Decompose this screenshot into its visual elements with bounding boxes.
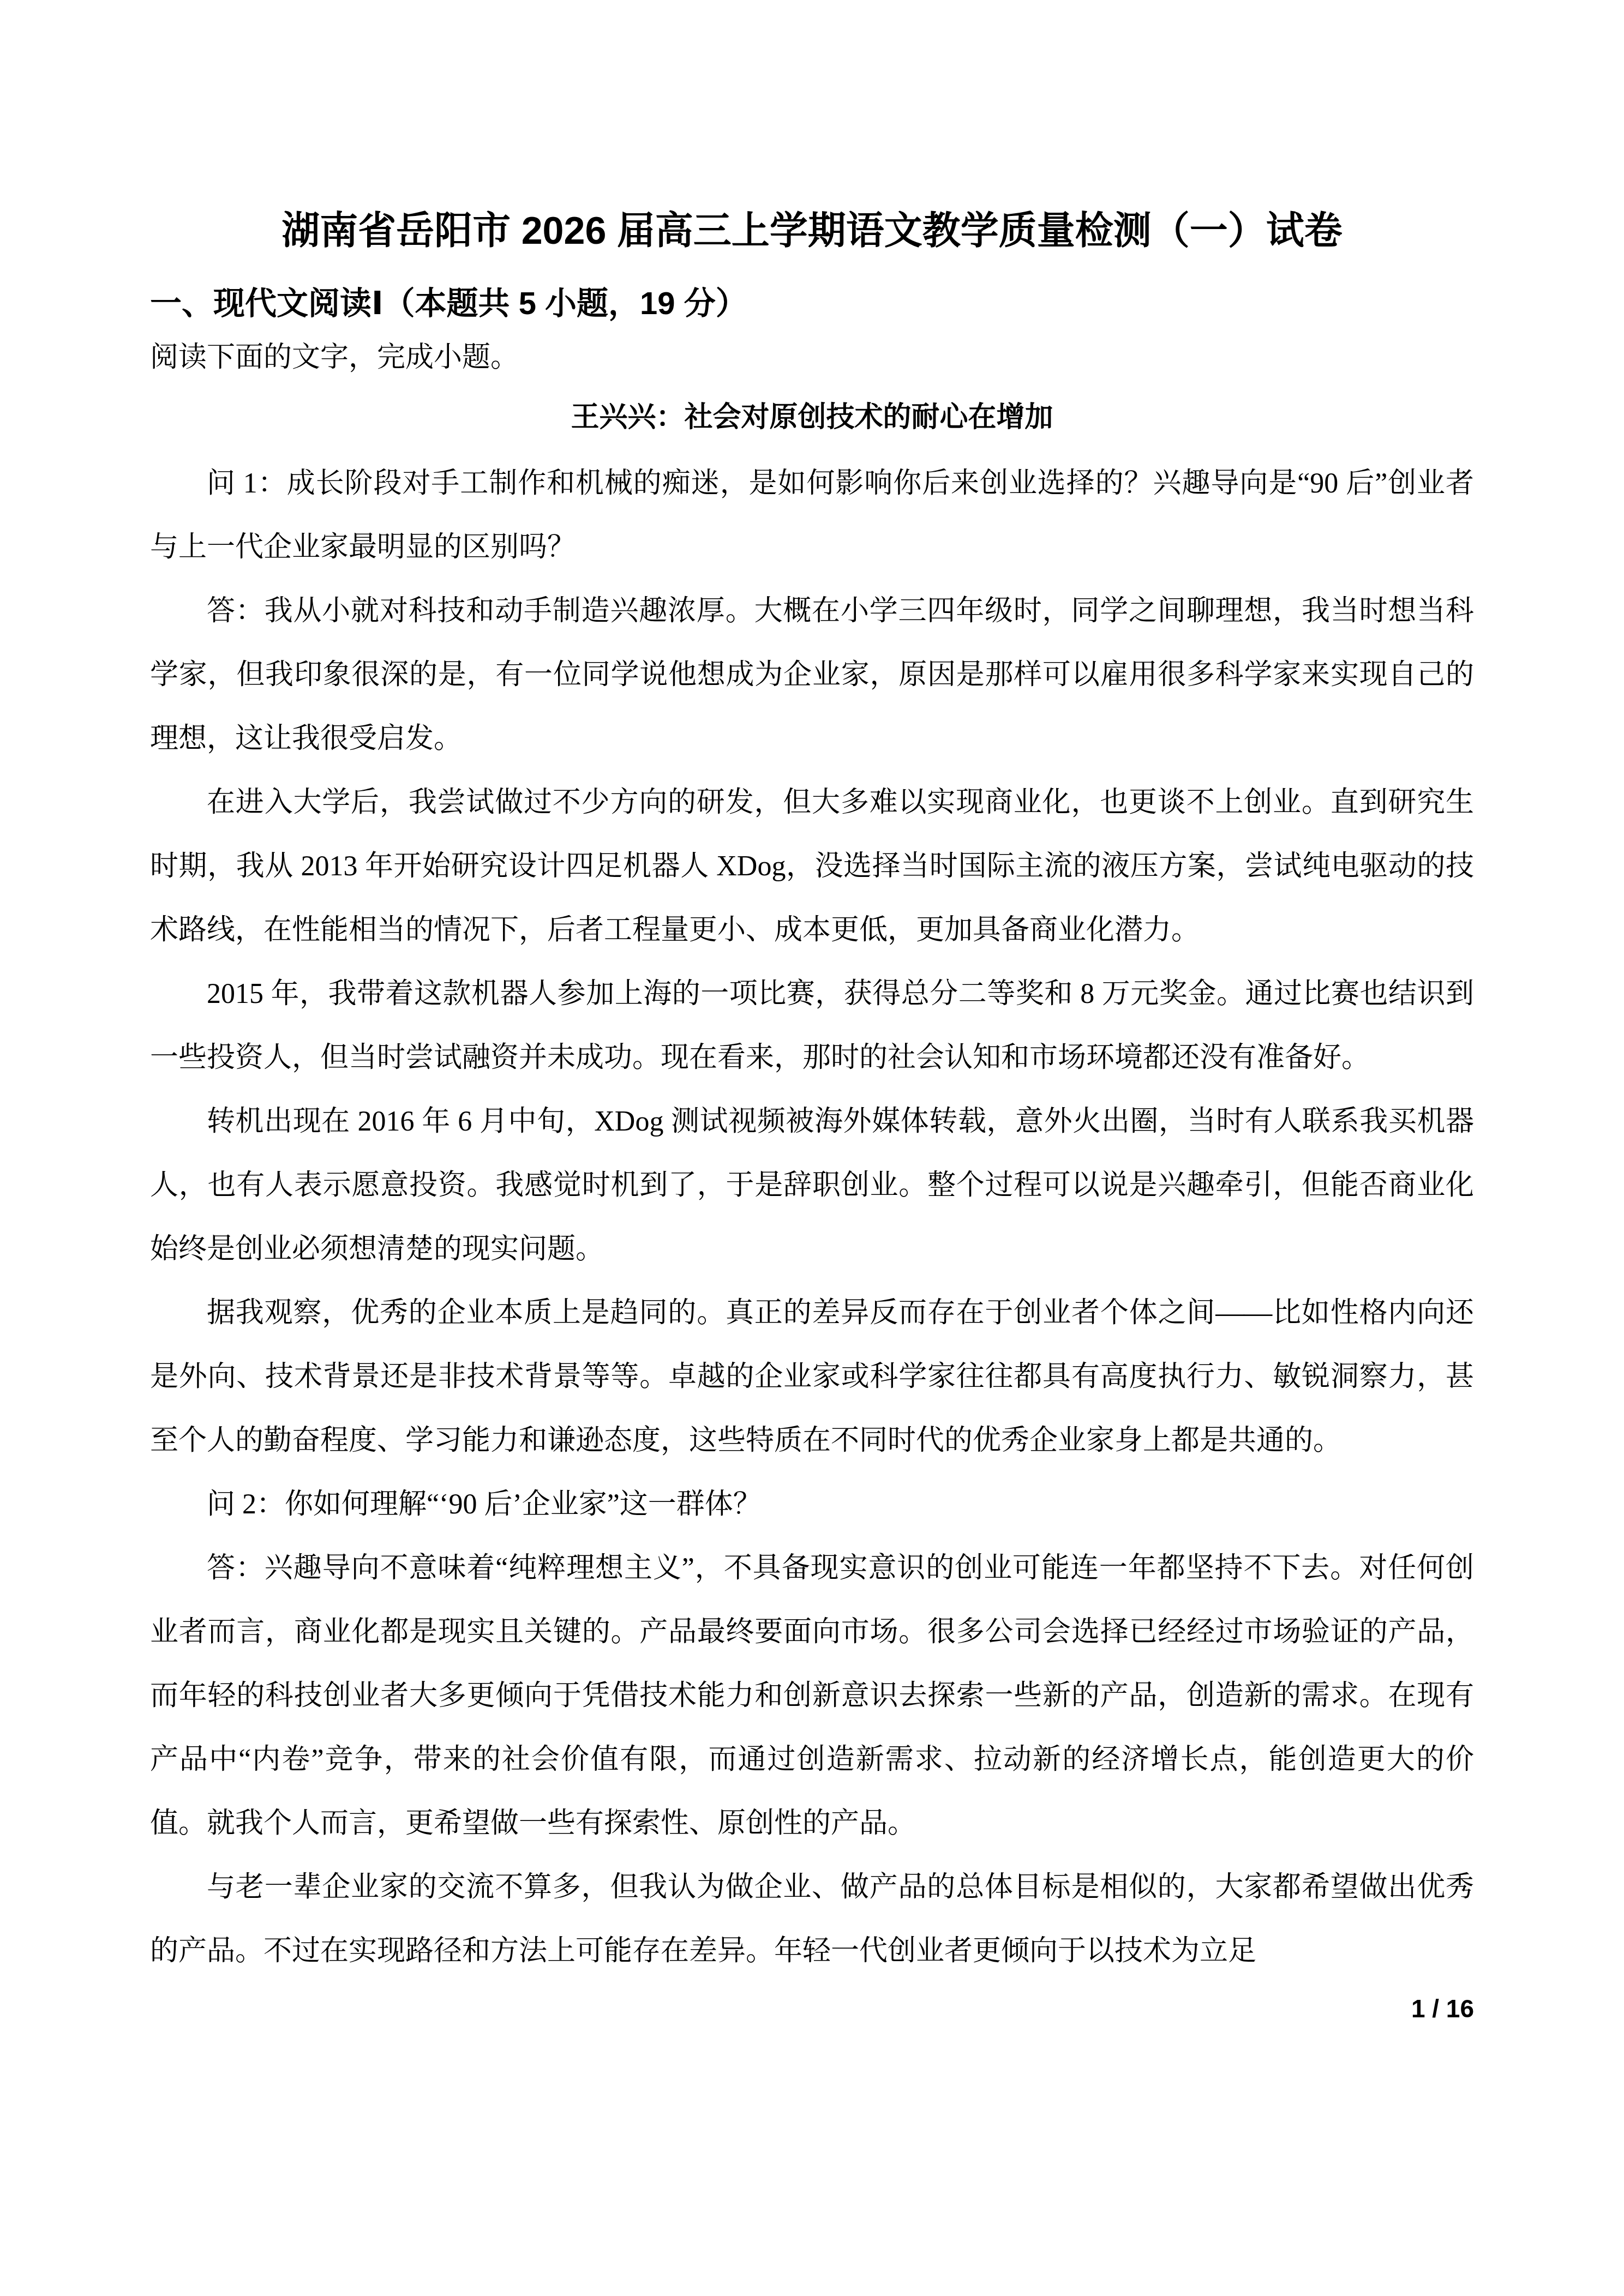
body-paragraph: 据我观察，优秀的企业本质上是趋同的。真正的差异反而存在于创业者个体之间——比如性… bbox=[150, 1281, 1474, 1472]
body-paragraph: 答：我从小就对科技和动手制造兴趣浓厚。大概在小学三四年级时，同学之间聊理想，我当… bbox=[150, 579, 1474, 771]
body-paragraph: 在进入大学后，我尝试做过不少方向的研发，但大多难以实现商业化，也更谈不上创业。直… bbox=[150, 771, 1474, 962]
document-title: 湖南省岳阳市 2026 届高三上学期语文教学质量检测（一）试卷 bbox=[150, 212, 1474, 250]
body-paragraph: 转机出现在 2016 年 6 月中旬，XDog 测试视频被海外媒体转载，意外火出… bbox=[150, 1090, 1474, 1281]
article-title: 王兴兴：社会对原创技术的耐心在增加 bbox=[150, 404, 1474, 432]
section-heading: 一、现代文阅读Ⅰ（本题共 5 小题，19 分） bbox=[150, 288, 1474, 320]
page-footer: 1 / 16 bbox=[150, 1995, 1474, 2022]
body-paragraph: 答：兴趣导向不意味着“纯粹理想主义”，不具备现实意识的创业可能连一年都坚持不下去… bbox=[150, 1536, 1474, 1855]
body-paragraph: 2015 年，我带着这款机器人参加上海的一项比赛，获得总分二等奖和 8 万元奖金… bbox=[150, 962, 1474, 1090]
body-paragraph: 问 2：你如何理解“‘90 后’企业家”这一群体？ bbox=[150, 1472, 1474, 1536]
article-body: 问 1：成长阶段对手工制作和机械的痴迷，是如何影响你后来创业选择的？兴趣导向是“… bbox=[150, 452, 1474, 1983]
body-paragraph: 与老一辈企业家的交流不算多，但我认为做企业、做产品的总体目标是相似的，大家都希望… bbox=[150, 1855, 1474, 1983]
page-number: 1 / 16 bbox=[1411, 1994, 1474, 2023]
body-paragraph: 问 1：成长阶段对手工制作和机械的痴迷，是如何影响你后来创业选择的？兴趣导向是“… bbox=[150, 452, 1474, 579]
document-page: 湖南省岳阳市 2026 届高三上学期语文教学质量检测（一）试卷 一、现代文阅读Ⅰ… bbox=[0, 0, 1624, 2296]
reading-instruction: 阅读下面的文字，完成小题。 bbox=[150, 344, 1474, 372]
